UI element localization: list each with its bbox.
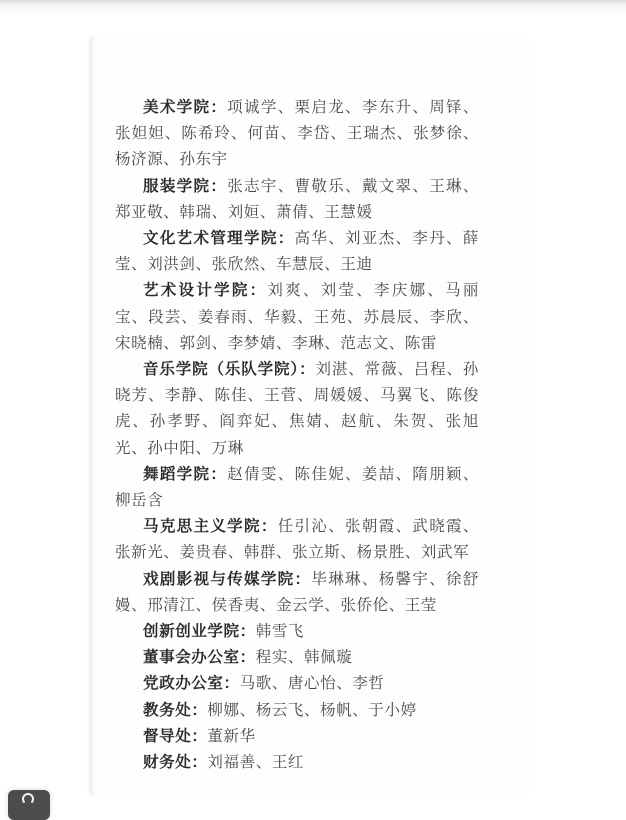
section-drama-media: 戏剧影视与传媒学院：毕琳琳、杨馨宇、徐舒嫚、邢清江、侯香夷、金云学、张侨伦、王莹	[115, 566, 479, 618]
section-heading: 艺术设计学院	[143, 280, 250, 299]
section-heading: 董事会办公室	[143, 647, 240, 666]
viewer-top-bar	[0, 0, 626, 14]
section-colon: ：	[191, 726, 207, 745]
section-names: 程实、韩佩璇	[256, 648, 353, 666]
section-board-office: 董事会办公室：程实、韩佩璇	[115, 644, 479, 670]
section-colon: ：	[191, 700, 207, 719]
section-colon: ：	[210, 97, 227, 116]
section-art-design: 艺术设计学院：刘爽、刘莹、李庆娜、马丽宝、段芸、姜春雨、华毅、王苑、苏晨辰、李欣…	[115, 277, 479, 356]
section-heading: 服装学院	[143, 176, 210, 195]
section-academic-affairs: 教务处：柳娜、杨云飞、杨帆、于小婷	[115, 697, 479, 723]
section-fashion: 服装学院：张志宇、曹敬乐、戴文翠、王琳、郑亚敬、韩瑞、刘姮、萧倩、王慧媛	[115, 173, 479, 225]
section-heading: 财务处	[143, 752, 191, 771]
section-colon: ：	[240, 621, 256, 640]
section-heading: 文化艺术管理学院	[143, 228, 278, 247]
section-heading: 党政办公室	[143, 673, 224, 692]
section-colon: ：	[191, 752, 207, 771]
section-names: 刘福善、王红	[207, 753, 304, 771]
section-finance: 财务处：刘福善、王红	[115, 749, 479, 775]
section-music: 音乐学院（乐队学院）：刘湛、常薇、吕程、孙晓芳、李静、陈佳、王菅、周媛媛、马翼飞…	[115, 356, 479, 461]
section-heading: 美术学院	[143, 97, 210, 116]
section-colon: ：	[261, 516, 278, 535]
section-colon: ：	[278, 228, 295, 247]
page-left-edge	[90, 36, 94, 796]
section-arts-management: 文化艺术管理学院：高华、刘亚杰、李丹、薛莹、刘洪剑、张欣然、车慧辰、王迪	[115, 225, 479, 277]
section-heading: 督导处	[143, 726, 191, 745]
section-heading: 创新创业学院	[143, 621, 240, 640]
section-fine-arts: 美术学院：项诚学、栗启龙、李东升、周铎、张妲妲、陈希玲、何苗、李岱、王瑞杰、张梦…	[115, 94, 479, 173]
section-colon: ：	[250, 280, 268, 299]
section-heading: 音乐学院（乐队学院）	[143, 359, 299, 378]
floating-action-button[interactable]	[8, 790, 50, 800]
section-heading: 戏剧影视与传媒学院	[143, 569, 295, 588]
section-heading: 马克思主义学院	[143, 516, 261, 535]
section-names: 柳娜、杨云飞、杨帆、于小婷	[207, 701, 416, 719]
section-dance: 舞蹈学院：赵倩雯、陈佳妮、姜喆、隋朋颖、柳岳含	[115, 461, 479, 513]
section-colon: ：	[210, 176, 227, 195]
section-heading: 舞蹈学院	[143, 464, 210, 483]
section-innovation: 创新创业学院：韩雪飞	[115, 618, 479, 644]
section-colon: ：	[299, 359, 315, 378]
section-supervision: 督导处：董新华	[115, 723, 479, 749]
section-colon: ：	[295, 569, 312, 588]
document-body: 美术学院：项诚学、栗启龙、李东升、周铎、张妲妲、陈希玲、何苗、李岱、王瑞杰、张梦…	[115, 94, 479, 775]
section-names: 马歌、唐心怡、李哲	[240, 674, 385, 692]
section-heading: 教务处	[143, 700, 191, 719]
section-marxism: 马克思主义学院：任引沁、张朝霞、武晓霞、张新光、姜贵春、韩群、张立斯、杨景胜、刘…	[115, 513, 479, 565]
chat-bubble-icon	[22, 793, 34, 800]
section-names: 董新华	[207, 727, 255, 745]
section-colon: ：	[240, 647, 256, 666]
section-names: 韩雪飞	[256, 622, 304, 640]
section-party-office: 党政办公室：马歌、唐心怡、李哲	[115, 670, 479, 696]
section-colon: ：	[210, 464, 227, 483]
section-colon: ：	[224, 673, 240, 692]
